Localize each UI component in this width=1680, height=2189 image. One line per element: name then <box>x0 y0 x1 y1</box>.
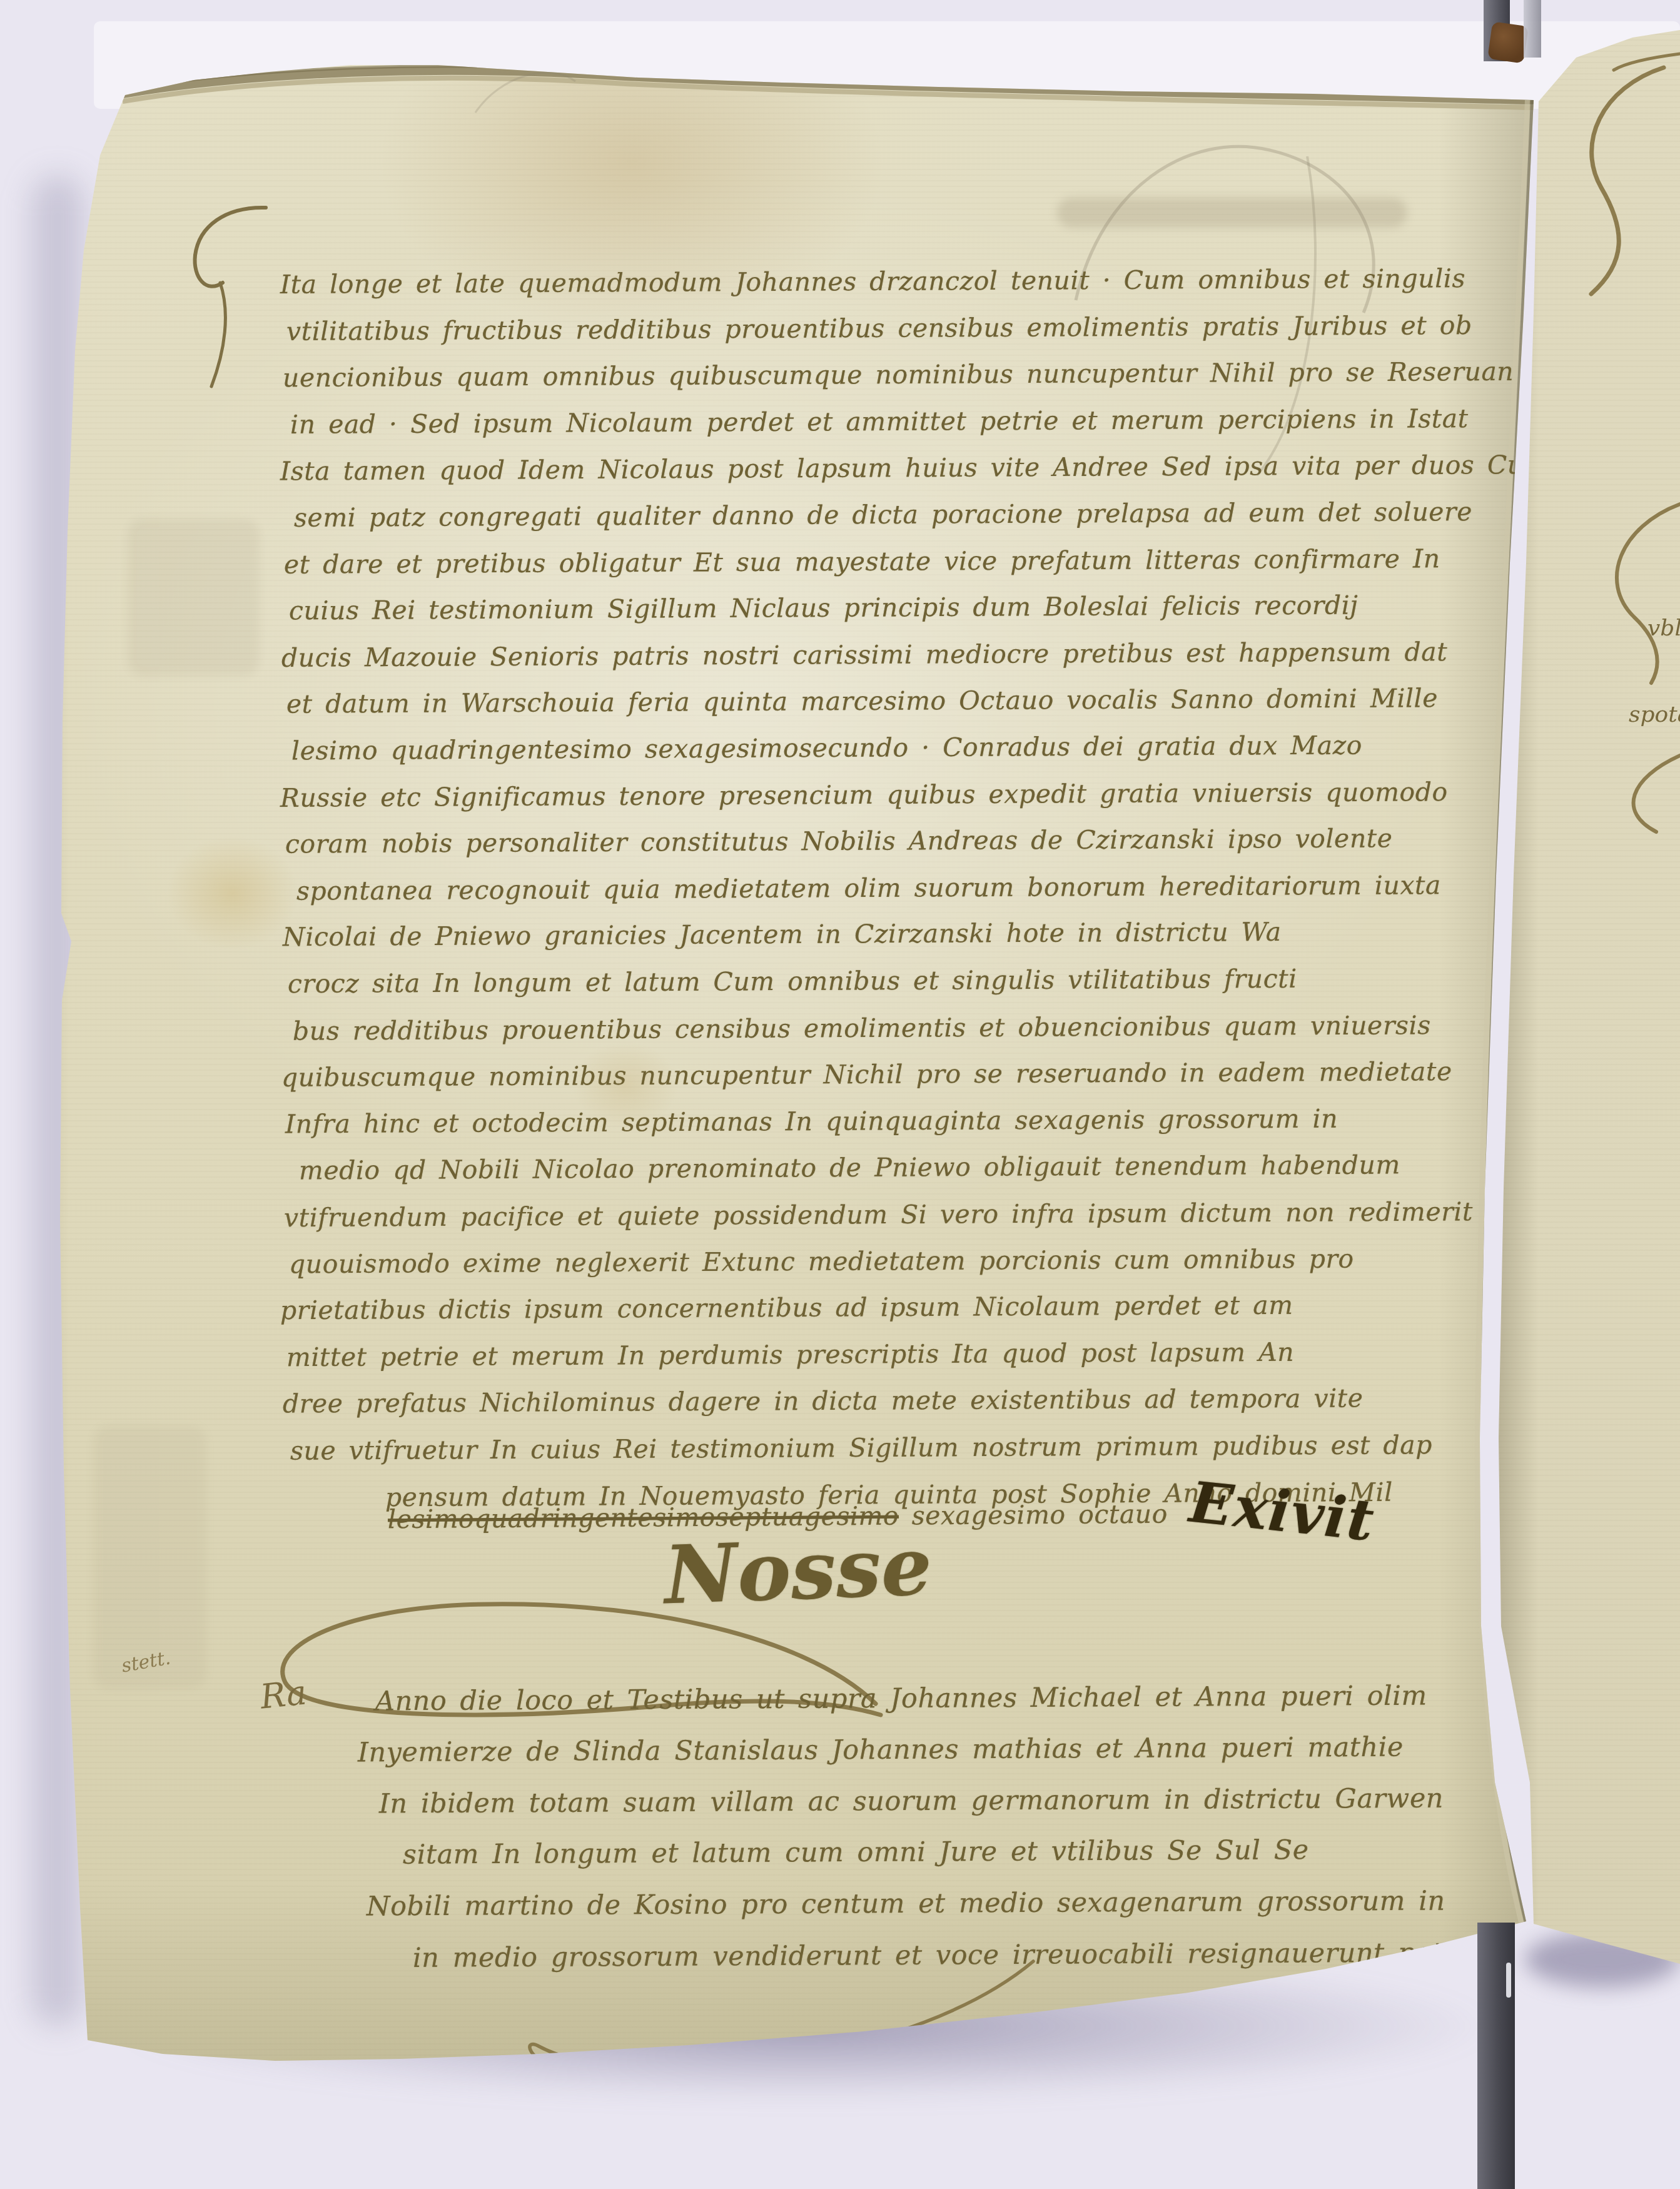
manuscript-line: et datum in Warschouia feria quinta marc… <box>286 684 1438 720</box>
manuscript-line: vtilitatibus fructibus redditibus prouen… <box>286 311 1472 346</box>
binding-guard-rod <box>1524 0 1541 58</box>
manuscript-line: Ista tamen quod Idem Nicolaus post lapsu… <box>280 450 1595 487</box>
manuscript-line: spontanea recognouit quia medietatem oli… <box>296 871 1441 906</box>
manuscript-line: semi patz congregati qualiter danno de d… <box>294 497 1472 533</box>
manuscript-line: vtifruendum pacifice et quiete possidend… <box>284 1197 1529 1233</box>
opening-pen-flourish <box>195 208 266 286</box>
manuscript-line: Nicolai de Pniewo granicies Jacentem in … <box>283 918 1282 952</box>
corrected-date-text: sexagesimo octauo <box>899 1499 1168 1531</box>
show-through-ghost <box>1057 198 1407 228</box>
photographed-manuscript-scene: vbl spotand <box>0 0 1680 2189</box>
manuscript-line: quouismodo exime neglexerit Extunc medie… <box>289 1244 1354 1279</box>
spine-leather-fragment <box>1487 21 1529 63</box>
section-heading-nosse: Nosse <box>663 1527 933 1616</box>
manuscript-line: et dare et pretibus obligatur Et sua may… <box>284 544 1440 580</box>
show-through-ghost <box>94 1426 206 1689</box>
manuscript-line: bus redditibus prouentibus censibus emol… <box>293 1011 1431 1046</box>
manuscript-line: Inyemierze de Slinda Stanislaus Johannes… <box>358 1732 1404 1769</box>
manuscript-line: uencionibus quam omnibus quibuscumque no… <box>283 357 1514 393</box>
manuscript-line: medio qd Nobili Nicolao prenominato de P… <box>299 1151 1400 1186</box>
manuscript-line: cuius Rei testimonium Sigillum Niclaus p… <box>289 591 1359 626</box>
manuscript-line: Anno die loco et Testibus ut supra Johan… <box>375 1681 1427 1717</box>
manuscript-line: mittet petrie et merum In perdumis presc… <box>286 1338 1294 1373</box>
manuscript-line: coram nobis personaliter constitutus Nob… <box>285 824 1393 859</box>
manuscript-line: crocz sita In longum et latum Cum omnibu… <box>288 964 1297 999</box>
manuscript-line: dree prefatus Nichilominus dagere in dic… <box>283 1384 1364 1419</box>
manuscript-page: Ita longe et late quemadmodum Johannes d… <box>0 0 1680 2189</box>
margin-note-ra: Ra <box>258 1672 308 1716</box>
manuscript-line: sue vtifruetur In cuius Rei testimonium … <box>290 1430 1432 1466</box>
manuscript-line: Ita longe et late quemadmodum Johannes d… <box>280 264 1465 300</box>
show-through-ghost <box>128 519 260 675</box>
manuscript-line: quibuscumque nominibus nuncupentur Nichi… <box>281 1057 1452 1093</box>
manuscript-line: prietatibus dictis ipsum concernentibus … <box>280 1291 1293 1326</box>
manuscript-line: Nobili martino de Kosino pro centum et m… <box>367 1886 1445 1922</box>
next-folio-text-fragment-top: vbl <box>1647 615 1680 641</box>
exivit-annotation: Exivit <box>1187 1474 1377 1550</box>
manuscript-line: sitam In longum et latum cum omni Jure e… <box>403 1835 1309 1871</box>
manuscript-line: ducis Mazouie Senioris patris nostri car… <box>281 637 1447 673</box>
manuscript-line: Infra hinc et octodecim septimanas In qu… <box>285 1104 1338 1139</box>
manuscript-line: in medio grossorum vendiderunt et voce i… <box>413 1937 1593 1974</box>
cradle-rod-highlight <box>1506 1963 1511 1998</box>
manuscript-line: lesimo quadringentesimo sexagesimosecund… <box>291 731 1362 766</box>
next-folio-text-fragment-bottom: spotand <box>1629 702 1680 727</box>
manuscript-line: Russie etc Significamus tenore presenciu… <box>280 777 1448 813</box>
manuscript-line: in ead · Sed ipsum Nicolaum perdet et am… <box>290 404 1469 440</box>
manuscript-line: In ibidem totam suam villam ac suorum ge… <box>379 1784 1444 1820</box>
